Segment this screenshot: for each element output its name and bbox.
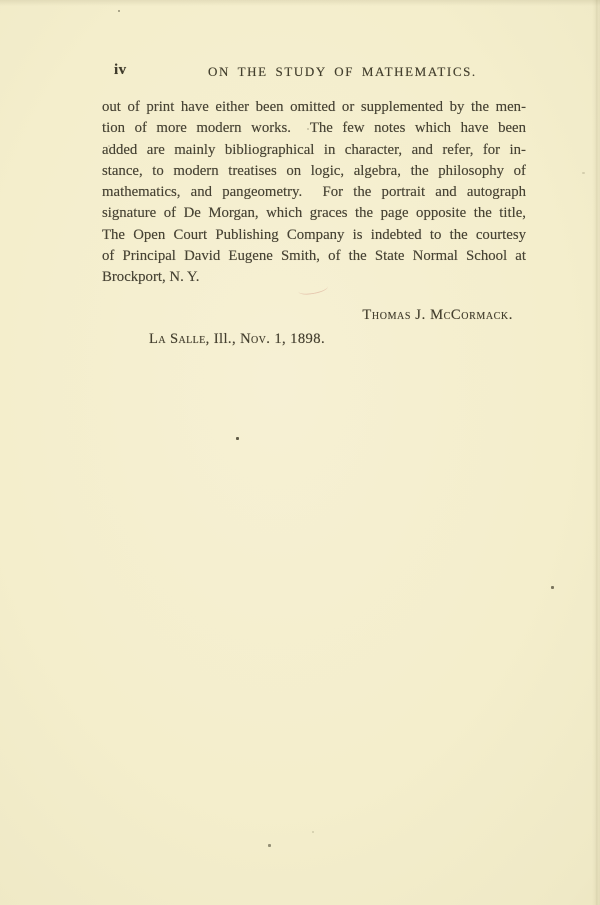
body-line: mathematics, and pangeometry. For the po… xyxy=(102,182,526,203)
paper-speck xyxy=(582,172,585,174)
scan-top-shadow xyxy=(0,0,600,6)
running-title: ON THE STUDY OF MATHEMATICS. xyxy=(208,64,477,80)
dateline-state: Ill., xyxy=(210,331,240,347)
body-line: The Open Court Publishing Company is ind… xyxy=(102,225,526,246)
dateline: La Salle, Ill., Nov. 1, 1898. xyxy=(149,331,325,348)
body-line: stance, to modern treatises on logic, al… xyxy=(102,161,526,182)
body-line: of Principal David Eugene Smith, of the … xyxy=(102,246,526,267)
paper-speck xyxy=(312,831,314,833)
body-line: Brockport, N. Y. xyxy=(102,267,526,288)
body-line: signature of De Morgan, which graces the… xyxy=(102,203,526,224)
dateline-day-year: 1, 1898. xyxy=(270,331,325,347)
scan-page-edge xyxy=(592,0,600,905)
paper-speck xyxy=(268,844,271,847)
dateline-month: Nov. xyxy=(240,331,270,347)
dateline-place: La Salle, xyxy=(149,331,210,347)
body-line: added are mainly bibliographical in char… xyxy=(102,140,526,161)
paper-speck xyxy=(236,437,239,440)
body-line: tion of more modern works. The few notes… xyxy=(102,118,526,139)
body-text: out of print have either been omitted or… xyxy=(102,97,526,289)
book-page: iv ON THE STUDY OF MATHEMATICS. out of p… xyxy=(0,0,600,905)
body-line: out of print have either been omitted or… xyxy=(102,97,526,118)
paper-speck xyxy=(118,10,120,12)
page-number: iv xyxy=(114,62,127,79)
paper-speck xyxy=(551,586,554,589)
author-signature: Thomas J. McCormack. xyxy=(102,307,526,324)
